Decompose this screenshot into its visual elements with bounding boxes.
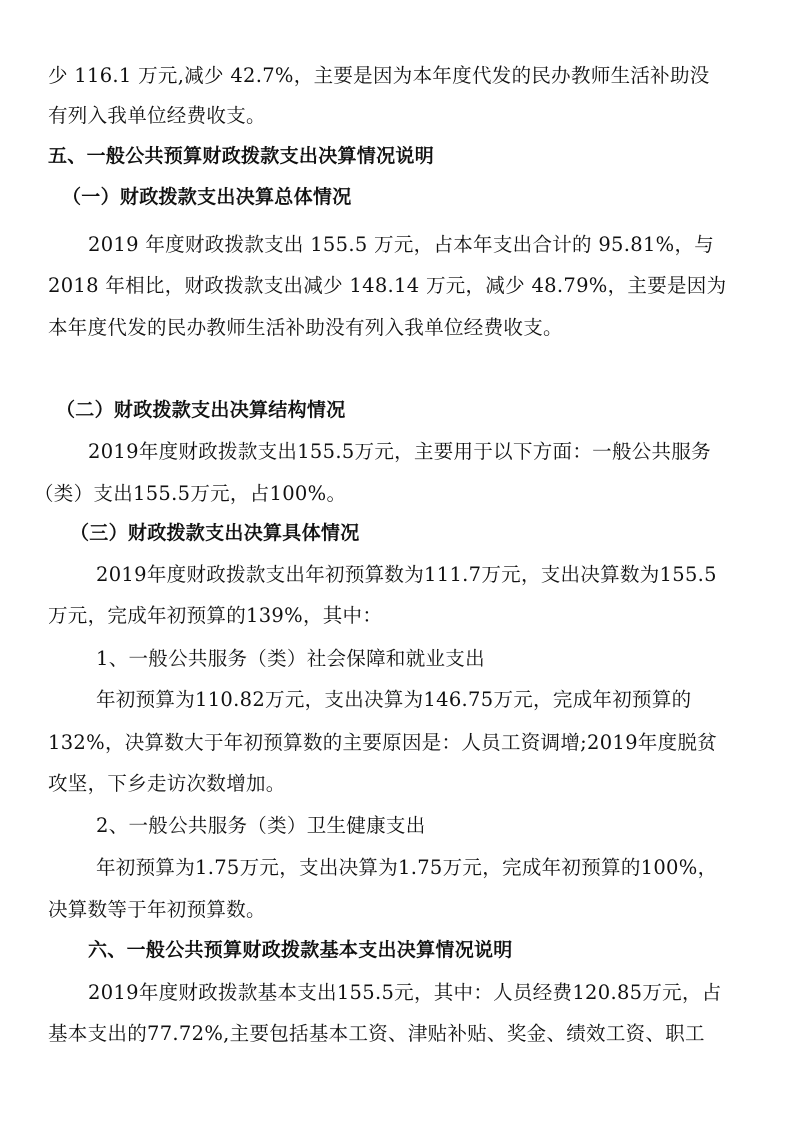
- paragraph-line: 2019年度财政拨款支出155.5万元，主要用于以下方面：一般公共服务: [88, 439, 711, 465]
- paragraph-line: 2018 年相比，财政拨款支出减少 148.14 万元，减少 48.79%，主要…: [48, 273, 726, 299]
- paragraph-line: 有列入我单位经费收支。: [48, 103, 266, 129]
- paragraph-line: 2019 年度财政拨款支出 155.5 万元，占本年支出合计的 95.81%，与: [88, 232, 714, 258]
- paragraph-line: 万元，完成年初预算的139%，其中：: [48, 603, 382, 629]
- paragraph-line: 2019年度财政拨款基本支出155.5元，其中：人员经费120.85万元，占: [88, 980, 722, 1006]
- list-item-heading-1: 1、一般公共服务（类）社会保障和就业支出: [96, 646, 485, 672]
- section-heading-5: 五、一般公共预算财政拨款支出决算情况说明: [48, 143, 434, 169]
- paragraph-line: 基本支出的77.72%,主要包括基本工资、津贴补贴、奖金、绩效工资、职工: [48, 1021, 705, 1047]
- paragraph-line: 2019年度财政拨款支出年初预算数为111.7万元，支出决算数为155.5: [96, 562, 717, 588]
- paragraph-line: （类）支出155.5万元，占100%。: [34, 481, 346, 507]
- section-heading-6: 六、一般公共预算财政拨款基本支出决算情况说明: [88, 937, 513, 963]
- subsection-heading-2: （二）财政拨款支出决算结构情况: [56, 397, 346, 423]
- paragraph-line: 少 116.1 万元,减少 42.7%，主要是因为本年度代发的民办教师生活补助没: [48, 63, 710, 89]
- paragraph-line: 年初预算为110.82万元，支出决算为146.75万元，完成年初预算的: [96, 687, 691, 713]
- subsection-heading-1: （一）财政拨款支出决算总体情况: [62, 184, 352, 210]
- list-item-heading-2: 2、一般公共服务（类）卫生健康支出: [96, 813, 426, 839]
- paragraph-line: 攻坚，下乡走访次数增加。: [48, 771, 286, 797]
- subsection-heading-3: （三）财政拨款支出决算具体情况: [70, 520, 360, 546]
- paragraph-line: 本年度代发的民办教师生活补助没有列入我单位经费收支。: [48, 315, 563, 341]
- paragraph-line: 132%，决算数大于年初预算数的主要原因是：人员工资调增;2019年度脱贫: [48, 730, 717, 756]
- paragraph-line: 决算数等于年初预算数。: [48, 897, 266, 923]
- paragraph-line: 年初预算为1.75万元，支出决算为1.75万元，完成年初预算的100%，: [96, 855, 717, 881]
